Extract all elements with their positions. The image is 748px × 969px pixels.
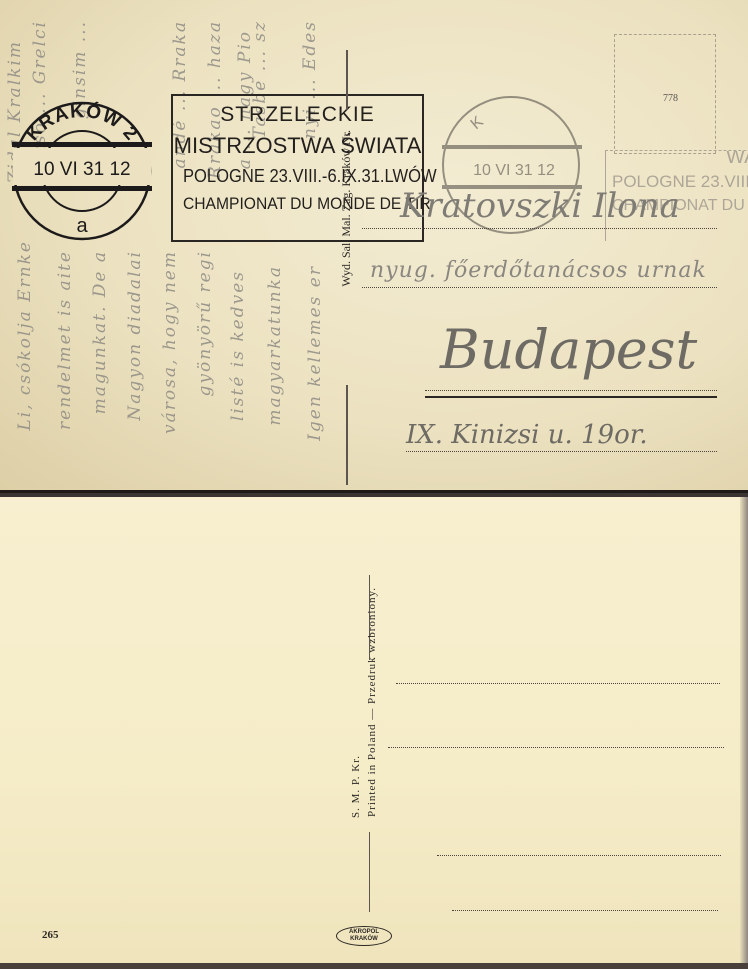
svg-text:KRAKÓW 2: KRAKÓW 2 bbox=[22, 100, 142, 145]
card-edge-shadow bbox=[740, 497, 748, 963]
address-line bbox=[362, 287, 717, 288]
stamp-placeholder: 778 bbox=[614, 34, 716, 154]
card-edge-shadow bbox=[0, 963, 748, 969]
address-line bbox=[425, 390, 717, 391]
postcard-front-written: Tasbe ... sz Zidal Kralkim tojuso ... Gr… bbox=[0, 0, 748, 493]
slogan-cancel-box: STRZELECKIE MISTRZOSTWA ŚWIATA POLOGNE 2… bbox=[171, 94, 424, 242]
message-line: magyarkatunka bbox=[265, 265, 285, 426]
message-line: gyönyörű regi bbox=[195, 250, 215, 397]
slogan-line-1: STRZELECKIE bbox=[173, 104, 422, 125]
center-divider bbox=[346, 385, 348, 485]
svg-text:a: a bbox=[76, 215, 88, 237]
message-line: magunkat. De a bbox=[90, 250, 110, 414]
printed-in-poland-line: Printed in Poland — Przedruk wzbroniony. bbox=[366, 587, 378, 817]
card-number: 265 bbox=[42, 929, 59, 941]
postcard-back-blank: S. M. P. Kr. Printed in Poland — Przedru… bbox=[0, 497, 748, 963]
address-line bbox=[406, 451, 717, 452]
message-line: listé is kedves bbox=[228, 270, 248, 421]
message-line: rendelmet is aite bbox=[55, 250, 75, 430]
address-line bbox=[396, 683, 720, 684]
recipient-street: IX. Kinizsi u. 19or. bbox=[406, 420, 648, 450]
handwritten-message: Tasbe ... sz Zidal Kralkim tojuso ... Gr… bbox=[0, 0, 340, 490]
message-line: Li, csókolja Ernke bbox=[15, 240, 35, 431]
krakow-postmark: KRAKÓW 2 10 VI 31 12 a KRAKÓW 2 10 VI 31… bbox=[8, 100, 156, 242]
recipient-title: nyug. főerdőtanácsos urnak bbox=[370, 258, 707, 283]
slogan-line-2: MISTRZOSTWA ŚWIATA bbox=[173, 135, 422, 157]
address-line bbox=[437, 855, 721, 856]
svg-text:10 VI 31 12: 10 VI 31 12 bbox=[33, 159, 130, 180]
address-line bbox=[452, 910, 718, 911]
stamp-box-number: 778 bbox=[663, 93, 678, 104]
slogan-line-4: CHAMPIONAT DU MONDE DE TIR bbox=[183, 195, 412, 212]
slogan2-line: WA bbox=[726, 150, 748, 167]
message-line: Igen kellemes er bbox=[305, 265, 325, 441]
recipient-name: Kratovszki Ilona bbox=[400, 186, 680, 226]
logo-line-1: AKROPOL bbox=[337, 929, 391, 936]
publisher-imprint: Wyd. Sal. Mal. Zag. Kraków Nr. bbox=[339, 130, 354, 287]
svg-text:10 VI 31 12: 10 VI 31 12 bbox=[473, 162, 555, 179]
recipient-city: Budapest bbox=[440, 318, 697, 381]
message-line: Nagyon diadalai bbox=[125, 250, 145, 421]
logo-line-2: KRAKÓW bbox=[337, 936, 391, 943]
address-underline bbox=[425, 396, 717, 398]
address-line bbox=[362, 228, 717, 229]
center-divider bbox=[346, 50, 348, 110]
address-line bbox=[388, 747, 724, 748]
message-line: városa, hogy nem bbox=[160, 250, 180, 434]
akropol-logo: AKROPOL KRAKÓW bbox=[336, 926, 392, 946]
svg-text:K: K bbox=[468, 113, 487, 133]
slogan-line-3: POLOGNE 23.VIII.-6.IX.31.LWÓW bbox=[183, 167, 412, 185]
center-divider bbox=[369, 832, 370, 912]
publisher-code: S. M. P. Kr. bbox=[350, 755, 362, 818]
